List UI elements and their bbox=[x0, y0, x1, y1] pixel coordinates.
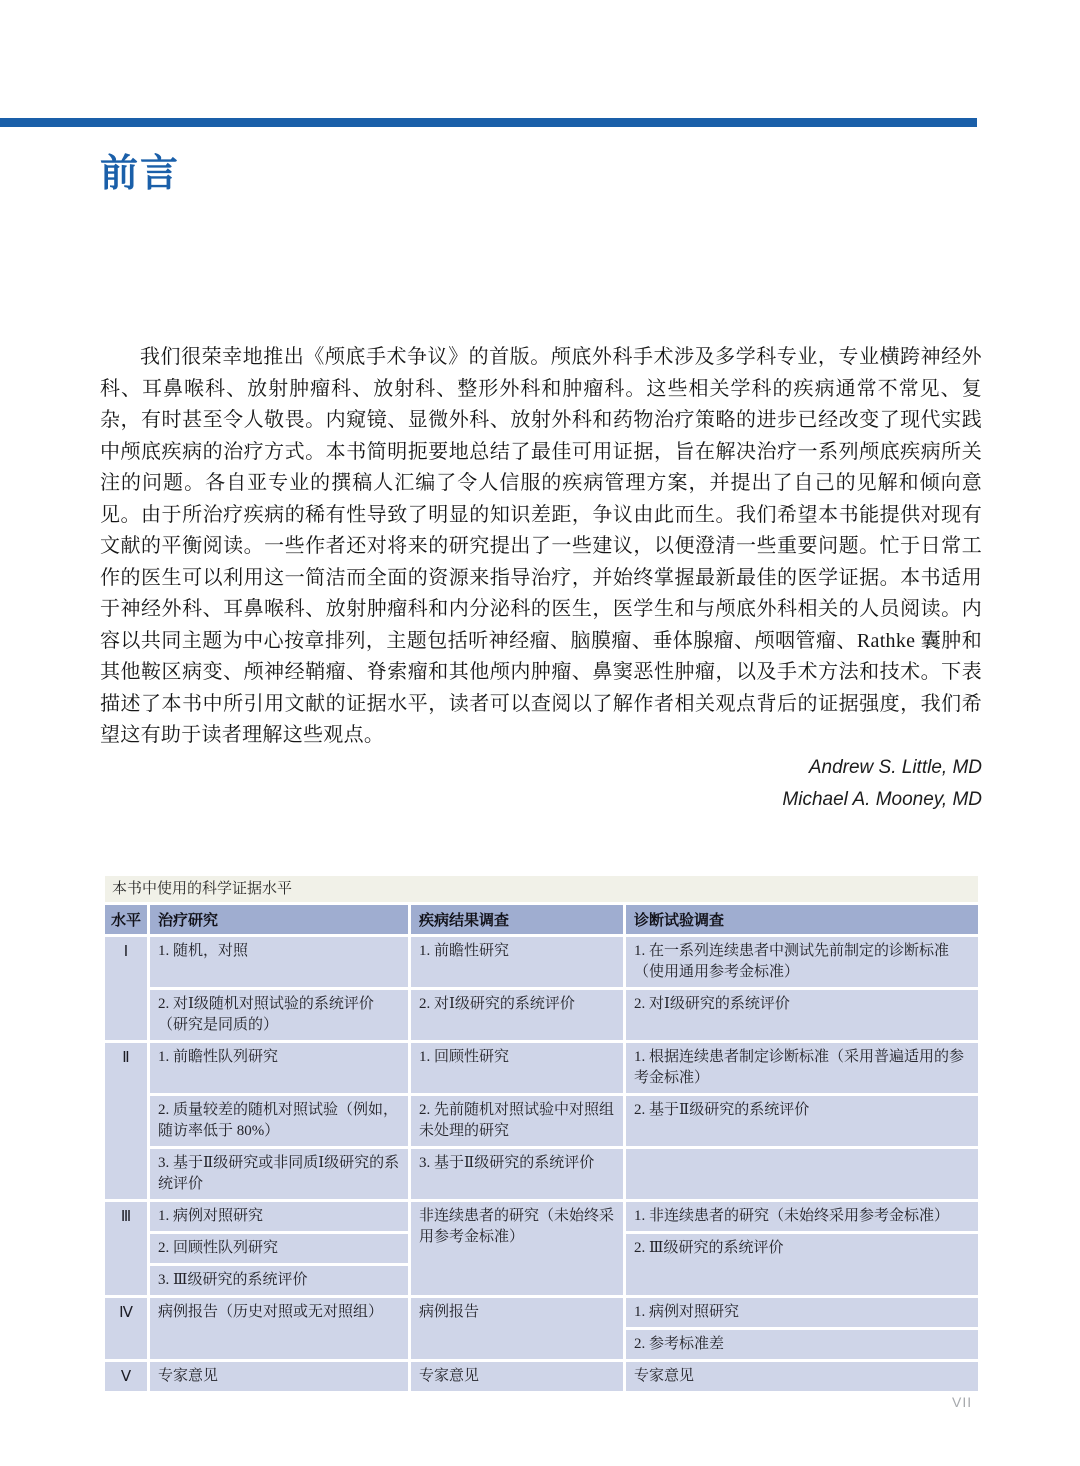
table-row: Ⅴ 专家意见 专家意见 专家意见 bbox=[105, 1362, 978, 1391]
level-label: Ⅳ bbox=[105, 1298, 147, 1359]
table-cell: 专家意见 bbox=[150, 1362, 408, 1391]
table-cell: 专家意见 bbox=[411, 1362, 623, 1391]
column-header-outcome: 疾病结果调查 bbox=[411, 905, 623, 934]
table-cell: 1. 前瞻性队列研究 bbox=[150, 1043, 408, 1093]
table-cell: 1. 随机，对照 bbox=[150, 937, 408, 987]
table-cell: 非连续患者的研究（未始终采用参考金标准） bbox=[411, 1202, 623, 1295]
table-cell bbox=[626, 1149, 978, 1199]
level-label: Ⅴ bbox=[105, 1362, 147, 1391]
table-row: Ⅱ 1. 前瞻性队列研究 1. 回顾性研究 1. 根据连续患者制定诊断标准（采用… bbox=[105, 1043, 978, 1093]
table-cell: 2. 质量较差的随机对照试验（例如，随访率低于 80%） bbox=[150, 1096, 408, 1146]
author-name: Michael A. Mooney, MD bbox=[100, 784, 982, 816]
table-cell: 3. 基于Ⅱ级研究的系统评价 bbox=[411, 1149, 623, 1199]
page-title: 前言 bbox=[100, 150, 180, 198]
column-header-treatment: 治疗研究 bbox=[150, 905, 408, 934]
table-cell: 2. 对Ⅰ级研究的系统评价 bbox=[626, 990, 978, 1040]
table-cell: 1. 非连续患者的研究（未始终采用参考金标准） bbox=[626, 1202, 978, 1231]
table-cell: 3. Ⅲ级研究的系统评价 bbox=[150, 1266, 408, 1295]
top-rule-divider bbox=[0, 118, 977, 127]
page-number: VII bbox=[952, 1394, 972, 1410]
column-header-diagnostic: 诊断试验调查 bbox=[626, 905, 978, 934]
table-cell: 2. 对Ⅰ级研究的系统评价 bbox=[411, 990, 623, 1040]
table-caption: 本书中使用的科学证据水平 bbox=[105, 876, 978, 902]
table-cell: 1. 回顾性研究 bbox=[411, 1043, 623, 1093]
table-cell: 2. 先前随机对照试验中对照组未处理的研究 bbox=[411, 1096, 623, 1146]
table-row: Ⅳ 病例报告（历史对照或无对照组） 病例报告 1. 病例对照研究 bbox=[105, 1298, 978, 1327]
table-cell: 1. 前瞻性研究 bbox=[411, 937, 623, 987]
level-label: Ⅲ bbox=[105, 1202, 147, 1295]
author-name: Andrew S. Little, MD bbox=[100, 752, 982, 784]
table-cell: 1. 在一系列连续患者中测试先前制定的诊断标准（使用通用参考金标准） bbox=[626, 937, 978, 987]
table-row: 2. 质量较差的随机对照试验（例如，随访率低于 80%） 2. 先前随机对照试验… bbox=[105, 1096, 978, 1146]
evidence-table: 水平 治疗研究 疾病结果调查 诊断试验调查 Ⅰ 1. 随机，对照 1. 前瞻性研… bbox=[102, 902, 981, 1394]
table-row: 3. 基于Ⅱ级研究或非同质Ⅰ级研究的系统评价 3. 基于Ⅱ级研究的系统评价 bbox=[105, 1149, 978, 1199]
table-cell: 1. 病例对照研究 bbox=[626, 1298, 978, 1327]
table-cell: 2. Ⅲ级研究的系统评价 bbox=[626, 1234, 978, 1295]
table-cell: 3. 基于Ⅱ级研究或非同质Ⅰ级研究的系统评价 bbox=[150, 1149, 408, 1199]
table-cell: 2. 对Ⅰ级随机对照试验的系统评价（研究是同质的） bbox=[150, 990, 408, 1040]
table-cell: 专家意见 bbox=[626, 1362, 978, 1391]
table-cell: 病例报告（历史对照或无对照组） bbox=[150, 1298, 408, 1359]
table-header-row: 水平 治疗研究 疾病结果调查 诊断试验调查 bbox=[105, 905, 978, 934]
table-row: 2. 对Ⅰ级随机对照试验的系统评价（研究是同质的） 2. 对Ⅰ级研究的系统评价 … bbox=[105, 990, 978, 1040]
table-cell: 2. 回顾性队列研究 bbox=[150, 1234, 408, 1263]
author-signatures: Andrew S. Little, MD Michael A. Mooney, … bbox=[100, 752, 982, 816]
preface-paragraph: 我们很荣幸地推出《颅底手术争议》的首版。颅底外科手术涉及多学科专业，专业横跨神经… bbox=[100, 342, 982, 752]
column-header-level: 水平 bbox=[105, 905, 147, 934]
table-cell: 1. 根据连续患者制定诊断标准（采用普遍适用的参考金标准） bbox=[626, 1043, 978, 1093]
table-cell: 2. 参考标准差 bbox=[626, 1330, 978, 1359]
level-label: Ⅱ bbox=[105, 1043, 147, 1199]
table-cell: 1. 病例对照研究 bbox=[150, 1202, 408, 1231]
table-cell: 2. 基于Ⅱ级研究的系统评价 bbox=[626, 1096, 978, 1146]
evidence-table-block: 本书中使用的科学证据水平 水平 治疗研究 疾病结果调查 诊断试验调查 Ⅰ 1. … bbox=[105, 876, 978, 1394]
preface-page: 前言 我们很荣幸地推出《颅底手术争议》的首版。颅底外科手术涉及多学科专业，专业横… bbox=[0, 0, 1080, 1466]
level-label: Ⅰ bbox=[105, 937, 147, 1040]
table-row: Ⅲ 1. 病例对照研究 非连续患者的研究（未始终采用参考金标准） 1. 非连续患… bbox=[105, 1202, 978, 1231]
table-row: Ⅰ 1. 随机，对照 1. 前瞻性研究 1. 在一系列连续患者中测试先前制定的诊… bbox=[105, 937, 978, 987]
table-cell: 病例报告 bbox=[411, 1298, 623, 1359]
